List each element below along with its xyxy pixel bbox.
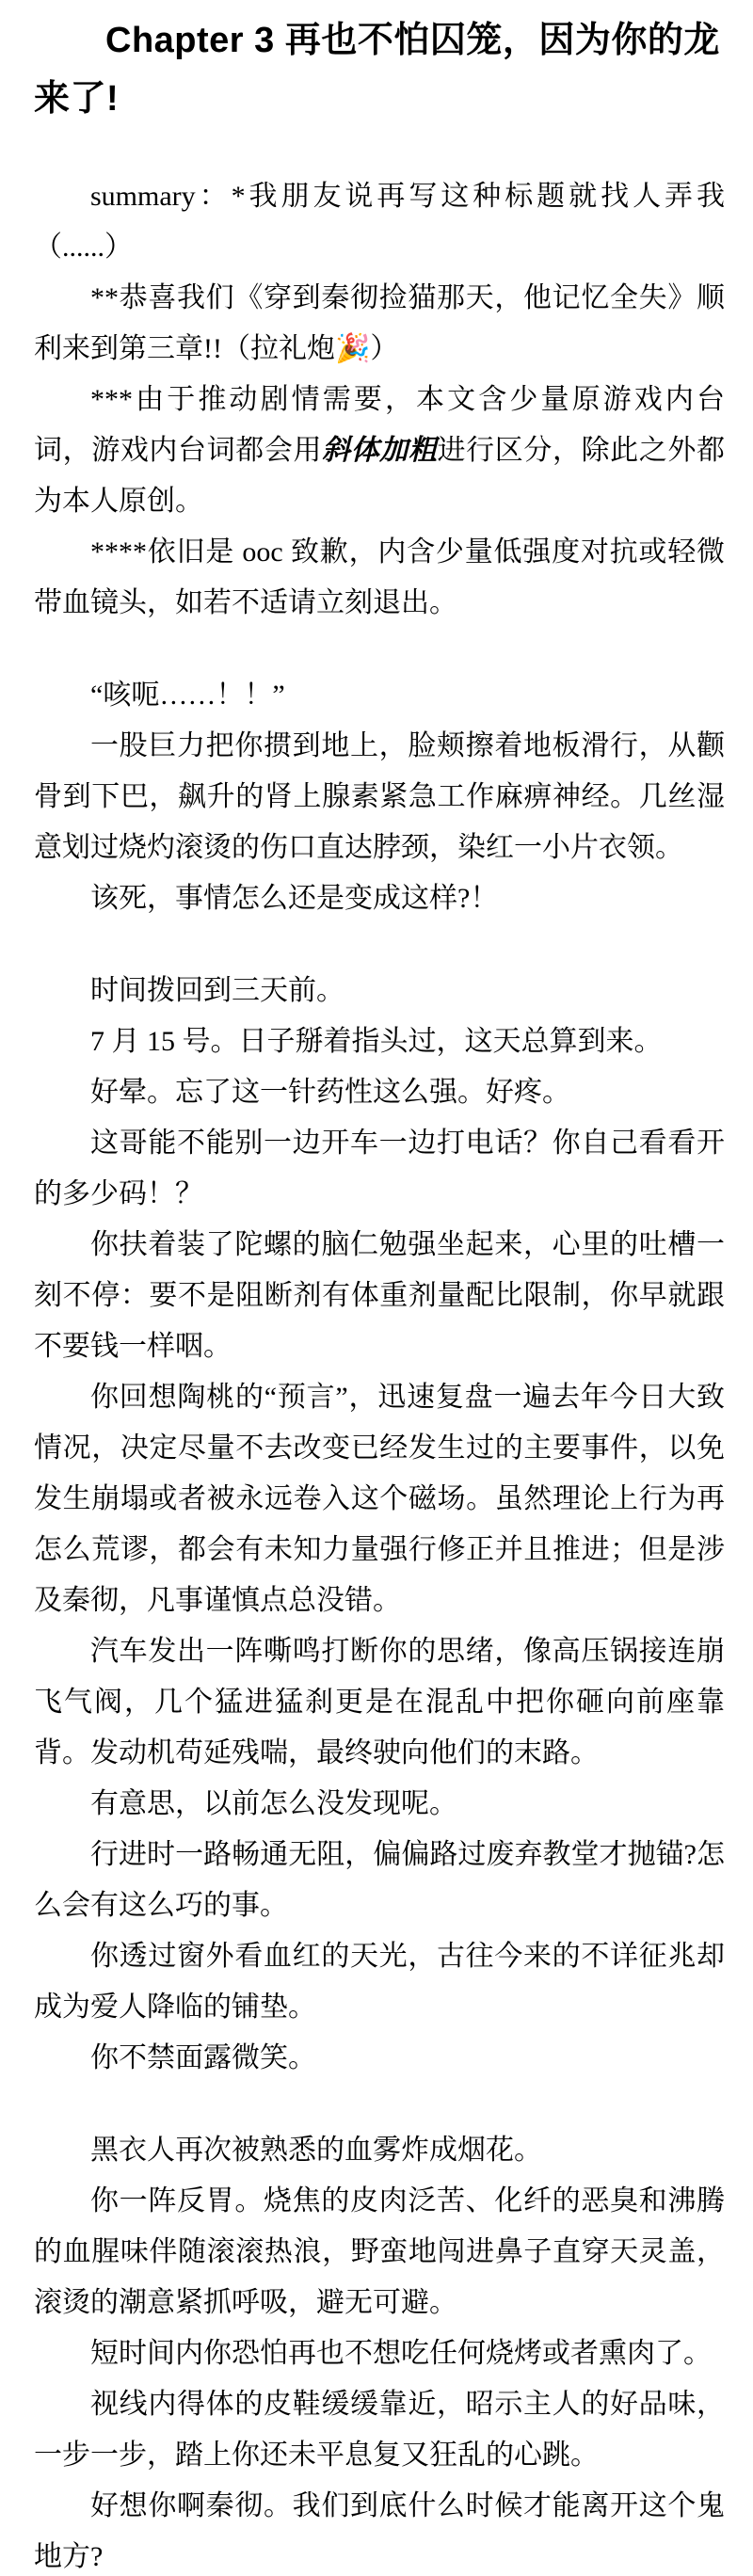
story-paragraph: 时间拨回到三天前。 <box>34 966 725 1016</box>
story-paragraph: 行进时一路畅通无阻，偏偏路过废弃教堂才抛锚?怎么会有这么巧的事。 <box>34 1830 725 1931</box>
blank-line <box>34 128 725 171</box>
story-paragraph: 一股巨力把你掼到地上，脸颊擦着地板滑行，从颧骨到下巴，飙升的肾上腺素紧急工作麻痹… <box>34 721 725 873</box>
story-paragraph: 你回想陶桃的“预言”，迅速复盘一遍去年今日大致情况，决定尽量不去改变已经发生过的… <box>34 1372 725 1626</box>
blank-line <box>34 629 725 670</box>
story-paragraph: 黑衣人再次被熟悉的血雾炸成烟花。 <box>34 2125 725 2176</box>
blank-line <box>34 2084 725 2125</box>
story-paragraph: 7 月 15 号。日子掰着指头过，这天总算到来。 <box>34 1016 725 1067</box>
note-summary: summary：*我朋友说再写这种标题就找人弄我（......） <box>34 171 725 273</box>
story-paragraph: 你不禁面露微笑。 <box>34 2033 725 2084</box>
story-paragraph: 汽车发出一阵嘶鸣打断你的思绪，像高压锅接连崩飞气阀，几个猛进猛刹更是在混乱中把你… <box>34 1626 725 1779</box>
story-scene-3: 黑衣人再次被熟悉的血雾炸成烟花。 你一阵反胃。烧焦的皮肉泛苦、化纤的恶臭和沸腾的… <box>34 2125 725 2576</box>
story-paragraph: 好晕。忘了这一针药性这么强。好疼。 <box>34 1067 725 1118</box>
story-paragraph: 有意思，以前怎么没发现呢。 <box>34 1779 725 1830</box>
story-paragraph: 该死，事情怎么还是变成这样?！ <box>34 873 725 924</box>
story-scene-2: 时间拨回到三天前。 7 月 15 号。日子掰着指头过，这天总算到来。 好晕。忘了… <box>34 966 725 2084</box>
author-notes: summary：*我朋友说再写这种标题就找人弄我（......） **恭喜我们《… <box>34 171 725 629</box>
note-warning: ****依旧是 ooc 致歉，内含少量低强度对抗或轻微带血镜头，如若不适请立刻退… <box>34 527 725 629</box>
story-paragraph: 视线内得体的皮鞋缓缓靠近，昭示主人的好品味，一步一步，踏上你还未平息复又狂乱的心… <box>34 2379 725 2481</box>
chapter-title: Chapter 3 再也不怕囚笼，因为你的龙来了! <box>34 11 725 128</box>
chapter-page: Chapter 3 再也不怕囚笼，因为你的龙来了! summary：*我朋友说再… <box>0 0 753 2576</box>
story-paragraph: 你扶着装了陀螺的脑仁勉强坐起来，心里的吐槽一刻不停：要不是阻断剂有体重剂量配比限… <box>34 1220 725 1372</box>
note-format-emphasis: 斜体加粗 <box>322 435 437 466</box>
story-paragraph: 好想你啊秦彻。我们到底什么时候才能离开这个鬼地方? <box>34 2481 725 2576</box>
note-format: ***由于推动剧情需要，本文含少量原游戏内台词，游戏内台词都会用斜体加粗进行区分… <box>34 375 725 527</box>
note-congrats: **恭喜我们《穿到秦彻捡猫那天，他记忆全失》顺利来到第三章!!（拉礼炮🎉） <box>34 273 725 375</box>
blank-line <box>34 924 725 966</box>
story-paragraph: 这哥能不能别一边开车一边打电话？你自己看看开的多少码！？ <box>34 1118 725 1220</box>
story-paragraph: 短时间内你恐怕再也不想吃任何烧烤或者熏肉了。 <box>34 2328 725 2379</box>
story-paragraph: “咳呃……！！” <box>34 670 725 721</box>
story-paragraph: 你一阵反胃。烧焦的皮肉泛苦、化纤的恶臭和沸腾的血腥味伴随滚滚热浪，野蛮地闯进鼻子… <box>34 2176 725 2328</box>
story-scene-1: “咳呃……！！” 一股巨力把你掼到地上，脸颊擦着地板滑行，从颧骨到下巴，飙升的肾… <box>34 670 725 924</box>
story-paragraph: 你透过窗外看血红的天光，古往今来的不详征兆却成为爱人降临的铺垫。 <box>34 1931 725 2033</box>
